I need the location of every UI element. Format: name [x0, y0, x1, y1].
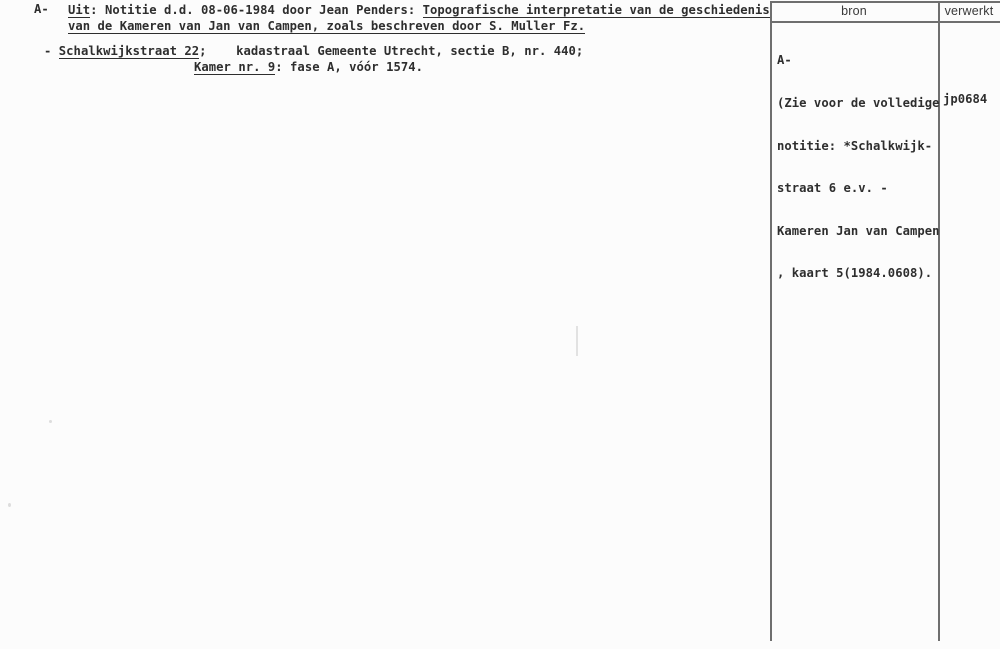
- text-line-2: van de Kameren van Jan van Campen, zoals…: [68, 19, 585, 33]
- scanned-archive-card: A- Uit: Notitie d.d. 08-06-1984 door Jea…: [0, 0, 1000, 649]
- bron-note-line: notitie: *Schalkwijk-: [777, 139, 940, 153]
- margin-note: A-: [34, 2, 49, 16]
- table-header-rule: [770, 21, 1000, 23]
- scan-artifact-speck: [8, 503, 11, 507]
- table-top-rule: [770, 1, 1000, 3]
- text-line-4-underlined-kamer: Kamer nr. 9: [194, 60, 275, 75]
- verwerkt-cell-value: jp0684: [943, 92, 987, 106]
- bron-note-line: straat 6 e.v. -: [777, 181, 940, 195]
- table-left-rule: [770, 1, 772, 641]
- bron-cell-note: A- (Zie voor de volledige notitie: *Scha…: [777, 25, 940, 309]
- text-line-2-underlined: van de Kameren van Jan van Campen, zoals…: [68, 19, 585, 34]
- text-line-3-plain: ; kadastraal Gemeente Utrecht, sectie B,…: [199, 44, 583, 58]
- scan-artifact-speck: [49, 420, 52, 423]
- bron-note-line: A-: [777, 53, 940, 67]
- bron-note-line: , kaart 5(1984.0608).: [777, 266, 940, 280]
- text-line-4: Kamer nr. 9: fase A, vóór 1574.: [194, 60, 423, 74]
- scan-artifact-scratch: [576, 326, 578, 356]
- text-line-1-plain: : Notitie d.d. 08-06-1984 door Jean Pend…: [90, 3, 422, 17]
- text-line-1-underlined-subject: Topografische interpretatie van de gesch…: [423, 3, 770, 18]
- text-line-3: - Schalkwijkstraat 22; kadastraal Gemeen…: [44, 44, 583, 58]
- text-line-1: Uit: Notitie d.d. 08-06-1984 door Jean P…: [68, 3, 770, 17]
- bron-column-header: bron: [770, 4, 938, 18]
- bron-note-line: (Zie voor de volledige: [777, 96, 940, 110]
- text-line-4-plain: : fase A, vóór 1574.: [275, 60, 423, 74]
- text-line-3-underlined-street: Schalkwijkstraat 22: [59, 44, 199, 59]
- text-line-1-underlined-title: Uit: [68, 3, 90, 18]
- text-line-3-dash: -: [44, 44, 59, 58]
- verwerkt-column-header: verwerkt: [938, 4, 1000, 18]
- bron-note-line: Kameren Jan van Campen: [777, 224, 940, 238]
